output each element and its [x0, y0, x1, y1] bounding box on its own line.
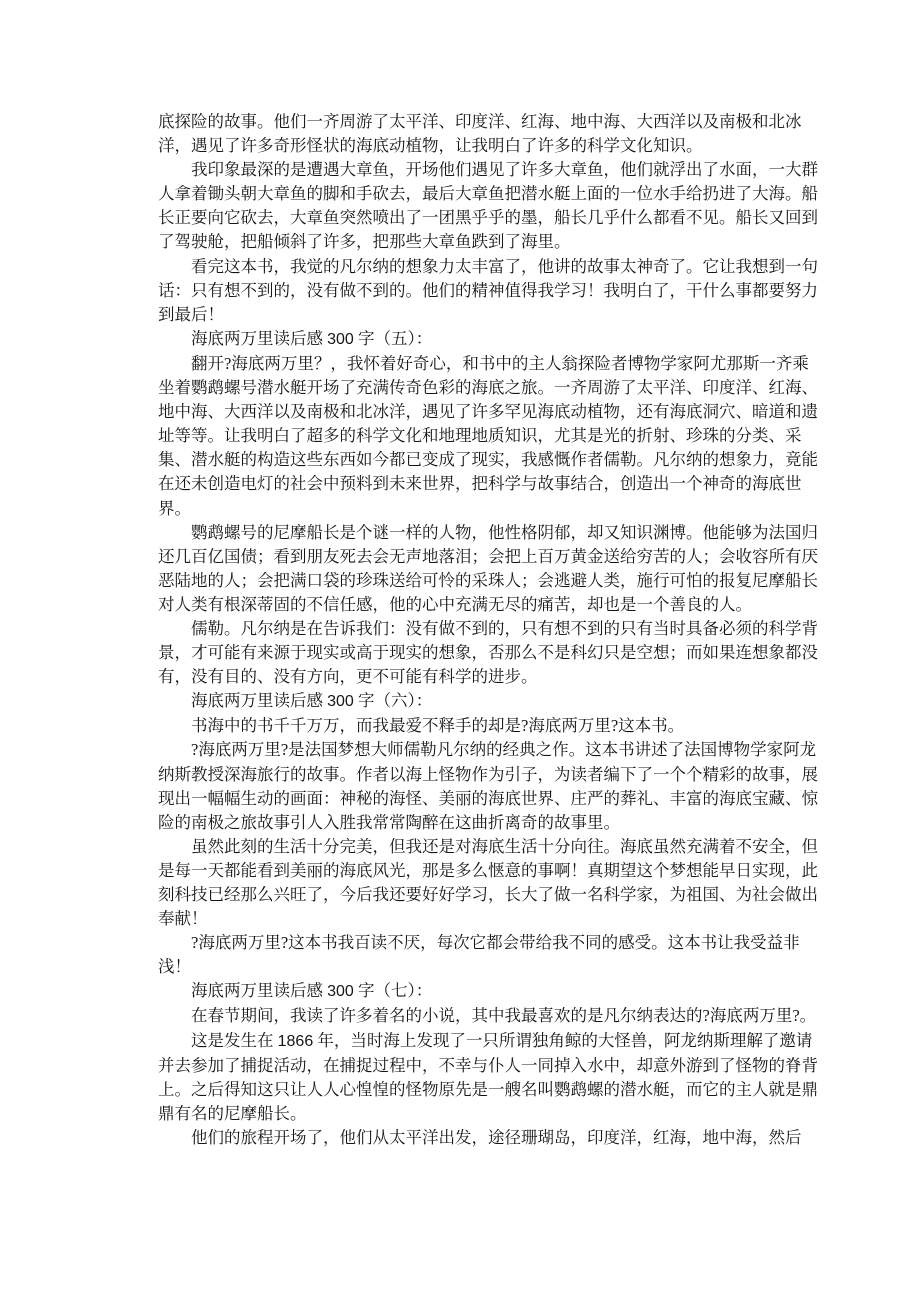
heading-text: 字（五）：: [354, 329, 432, 348]
body-paragraph: 鹦鹉螺号的尼摩船长是个谜一样的人物，他性格阴郁，却又知识渊博。他能够为法国归还几…: [158, 521, 818, 617]
paragraph-text: 虽然此刻的生活十分完美，但我还是对海底生活十分向往。海底虽然充满着不安全，但是每…: [158, 837, 818, 928]
body-paragraph: 书海中的书千千万万，而我最爱不释手的却是?海底两万里?这本书。: [158, 714, 818, 738]
heading-text: 海底两万里读后感: [191, 691, 327, 710]
body-paragraph: ?海底两万里?这本书我百读不厌，每次它都会带给我不同的感受。这本书让我受益非浅！: [158, 931, 818, 979]
body-paragraph: 儒勒。凡尔纳是在告诉我们：没有做不到的，只有想不到的只有当时具备必须的科学背景，…: [158, 617, 818, 689]
paragraph-text: 看完这本书，我觉的凡尔纳的想象力太丰富了，他讲的故事太神奇了。它让我想到一句话：…: [158, 257, 818, 324]
document-text-body: 底探险的故事。他们一齐周游了太平洋、印度洋、红海、地中海、大西洋以及南极和北冰洋…: [158, 110, 818, 1150]
document-page: 底探险的故事。他们一齐周游了太平洋、印度洋、红海、地中海、大西洋以及南极和北冰洋…: [0, 0, 920, 1301]
body-paragraph: 底探险的故事。他们一齐周游了太平洋、印度洋、红海、地中海、大西洋以及南极和北冰洋…: [158, 110, 818, 158]
body-paragraph: 他们的旅程开场了，他们从太平洋出发，途径珊瑚岛，印度洋，红海，地中海，然后: [158, 1126, 818, 1150]
heading-text: 海底两万里读后感: [191, 329, 327, 348]
heading-text: 字（六）：: [354, 691, 432, 710]
heading-text: 字（七）：: [354, 981, 432, 1000]
paragraph-year-number: 1866: [278, 1033, 314, 1050]
heading-text: 海底两万里读后感: [191, 981, 327, 1000]
paragraph-text: ?海底两万里?这本书我百读不厌，每次它都会带给我不同的感受。这本书让我受益非浅！: [158, 933, 800, 976]
paragraph-text: 我印象最深的是遭遇大章鱼，开场他们遇见了许多大章鱼，他们就浮出了水面，一大群人拿…: [158, 160, 818, 251]
body-paragraph: 在春节期间，我读了许多着名的小说，其中我最喜欢的是凡尔纳表达的?海底两万里?。: [158, 1004, 818, 1028]
section-heading-review-7: 海底两万里读后感 300 字（七）：: [158, 979, 818, 1004]
paragraph-text: 书海中的书千千万万，而我最爱不释手的却是?海底两万里?这本书。: [191, 716, 684, 735]
body-paragraph: ?海底两万里?是法国梦想大师儒勒凡尔纳的经典之作。这本书讲述了法国博物学家阿龙纳…: [158, 738, 818, 834]
paragraph-text: 鹦鹉螺号的尼摩船长是个谜一样的人物，他性格阴郁，却又知识渊博。他能够为法国归还几…: [158, 523, 818, 614]
body-paragraph: 我印象最深的是遭遇大章鱼，开场他们遇见了许多大章鱼，他们就浮出了水面，一大群人拿…: [158, 158, 818, 254]
section-heading-review-6: 海底两万里读后感 300 字（六）：: [158, 689, 818, 714]
section-heading-review-5: 海底两万里读后感 300 字（五）：: [158, 327, 818, 352]
paragraph-text: 他们的旅程开场了，他们从太平洋出发，途径珊瑚岛，印度洋，红海，地中海，然后: [191, 1128, 802, 1147]
body-paragraph: 虽然此刻的生活十分完美，但我还是对海底生活十分向往。海底虽然充满着不安全，但是每…: [158, 835, 818, 931]
paragraph-text: ?海底两万里?是法国梦想大师儒勒凡尔纳的经典之作。这本书讲述了法国博物学家阿龙纳…: [158, 740, 818, 831]
heading-number: 300: [327, 983, 354, 1000]
body-paragraph: 看完这本书，我觉的凡尔纳的想象力太丰富了，他讲的故事太神奇了。它让我想到一句话：…: [158, 255, 818, 327]
body-paragraph: 这是发生在 1866 年，当时海上发现了一只所谓独角鲸的大怪兽，阿龙纳斯理解了邀…: [158, 1029, 818, 1126]
heading-number: 300: [327, 331, 354, 348]
heading-number: 300: [327, 693, 354, 710]
paragraph-text: 儒勒。凡尔纳是在告诉我们：没有做不到的，只有想不到的只有当时具备必须的科学背景，…: [158, 619, 818, 686]
paragraph-text: 在春节期间，我读了许多着名的小说，其中我最喜欢的是凡尔纳表达的?海底两万里?。: [191, 1006, 816, 1025]
paragraph-text: 翻开?海底两万里？，我怀着好奇心，和书中的主人翁探险者博物学家阿尤那斯一齐乘坐着…: [158, 354, 818, 518]
paragraph-text: 这是发生在: [191, 1031, 278, 1050]
paragraph-text: 底探险的故事。他们一齐周游了太平洋、印度洋、红海、地中海、大西洋以及南极和北冰洋…: [158, 112, 802, 155]
body-paragraph: 翻开?海底两万里？，我怀着好奇心，和书中的主人翁探险者博物学家阿尤那斯一齐乘坐着…: [158, 352, 818, 521]
